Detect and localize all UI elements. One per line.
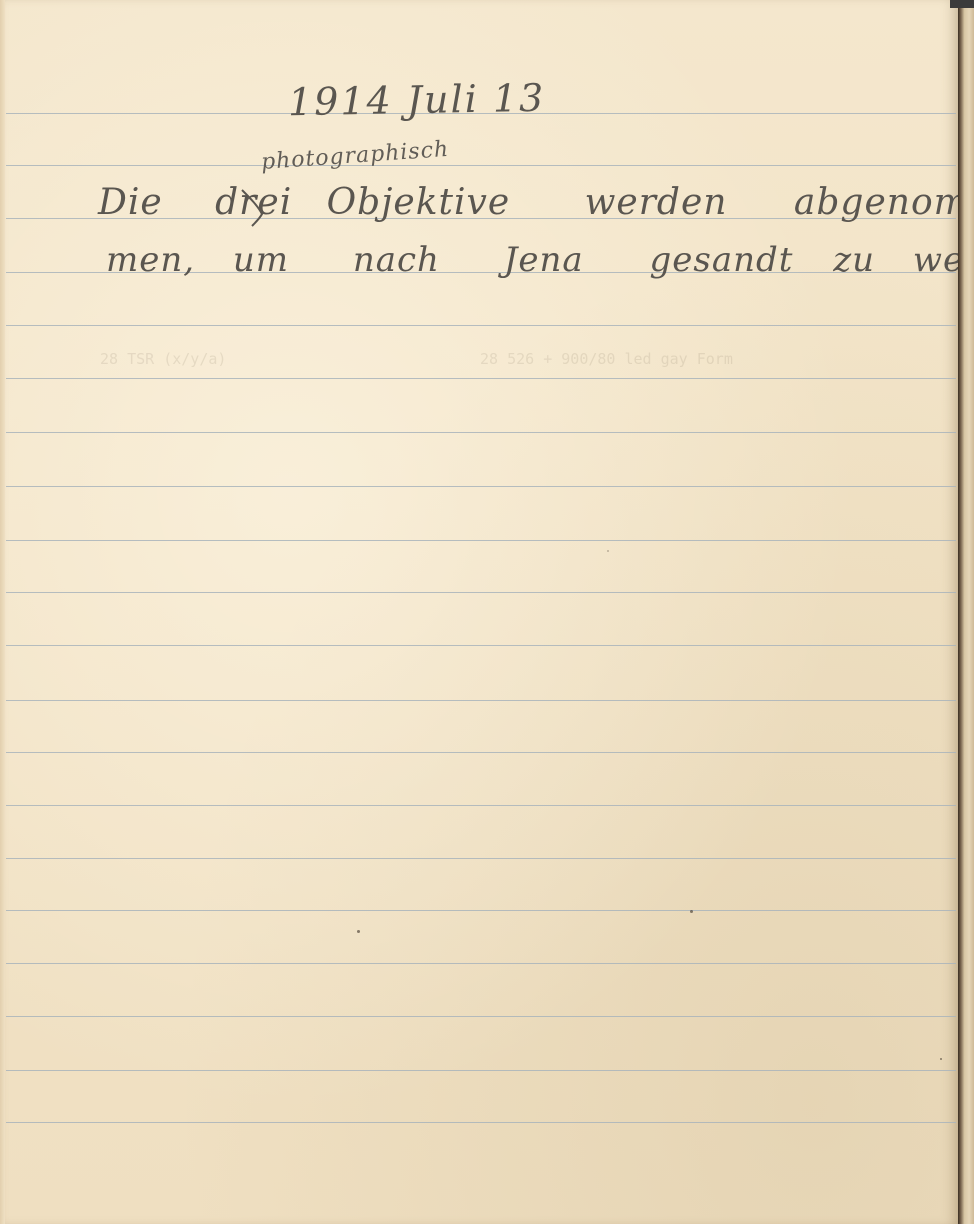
paper-speck	[357, 930, 360, 933]
word: drei	[215, 182, 292, 223]
inserted-word: photographisch	[260, 137, 450, 175]
handwritten-line-2: men, um nach Jena gesandt zu werden.	[106, 240, 974, 280]
rule-line	[6, 910, 956, 911]
rule-line	[6, 858, 956, 859]
paper-speck	[940, 1058, 942, 1060]
word: um	[233, 240, 289, 280]
word: nach	[353, 240, 440, 280]
rule-line	[6, 592, 956, 593]
handwritten-line-1: Die drei Objektive werden abgenom-	[98, 182, 974, 223]
rule-line	[6, 963, 956, 964]
rule-line	[6, 540, 956, 541]
paper-speck	[690, 910, 693, 913]
rule-line	[6, 645, 956, 646]
entry-date: 1914 Juli 13	[288, 76, 546, 124]
rule-line	[6, 805, 956, 806]
rule-line	[6, 378, 956, 379]
word: abgenom-	[794, 182, 974, 223]
page-left-edge	[0, 0, 5, 1224]
rule-line	[6, 325, 956, 326]
notebook-page: 28 TSR (x/y/a) 28 526 + 900/80 led gay F…	[0, 0, 958, 1224]
gutter-shadow	[950, 0, 974, 8]
rule-line	[6, 1122, 956, 1123]
rule-line	[6, 1016, 956, 1017]
bleed-through-text: 28 TSR (x/y/a)	[100, 350, 226, 368]
word: men,	[106, 240, 195, 280]
word: Die	[98, 182, 163, 223]
rule-line	[6, 432, 956, 433]
word: Objektive	[327, 182, 510, 223]
rule-line	[6, 752, 956, 753]
bleed-through-text: 28 526 + 900/80 led gay Form	[480, 350, 733, 368]
rule-line	[6, 700, 956, 701]
paper-speck	[607, 550, 609, 552]
word: Jena	[504, 240, 584, 280]
rule-line	[6, 165, 956, 166]
book-gutter	[958, 0, 974, 1224]
word: zu	[833, 240, 875, 280]
rule-line	[6, 1070, 956, 1071]
word: werden	[585, 182, 728, 223]
rule-line	[6, 486, 956, 487]
word: gesandt	[650, 240, 794, 280]
